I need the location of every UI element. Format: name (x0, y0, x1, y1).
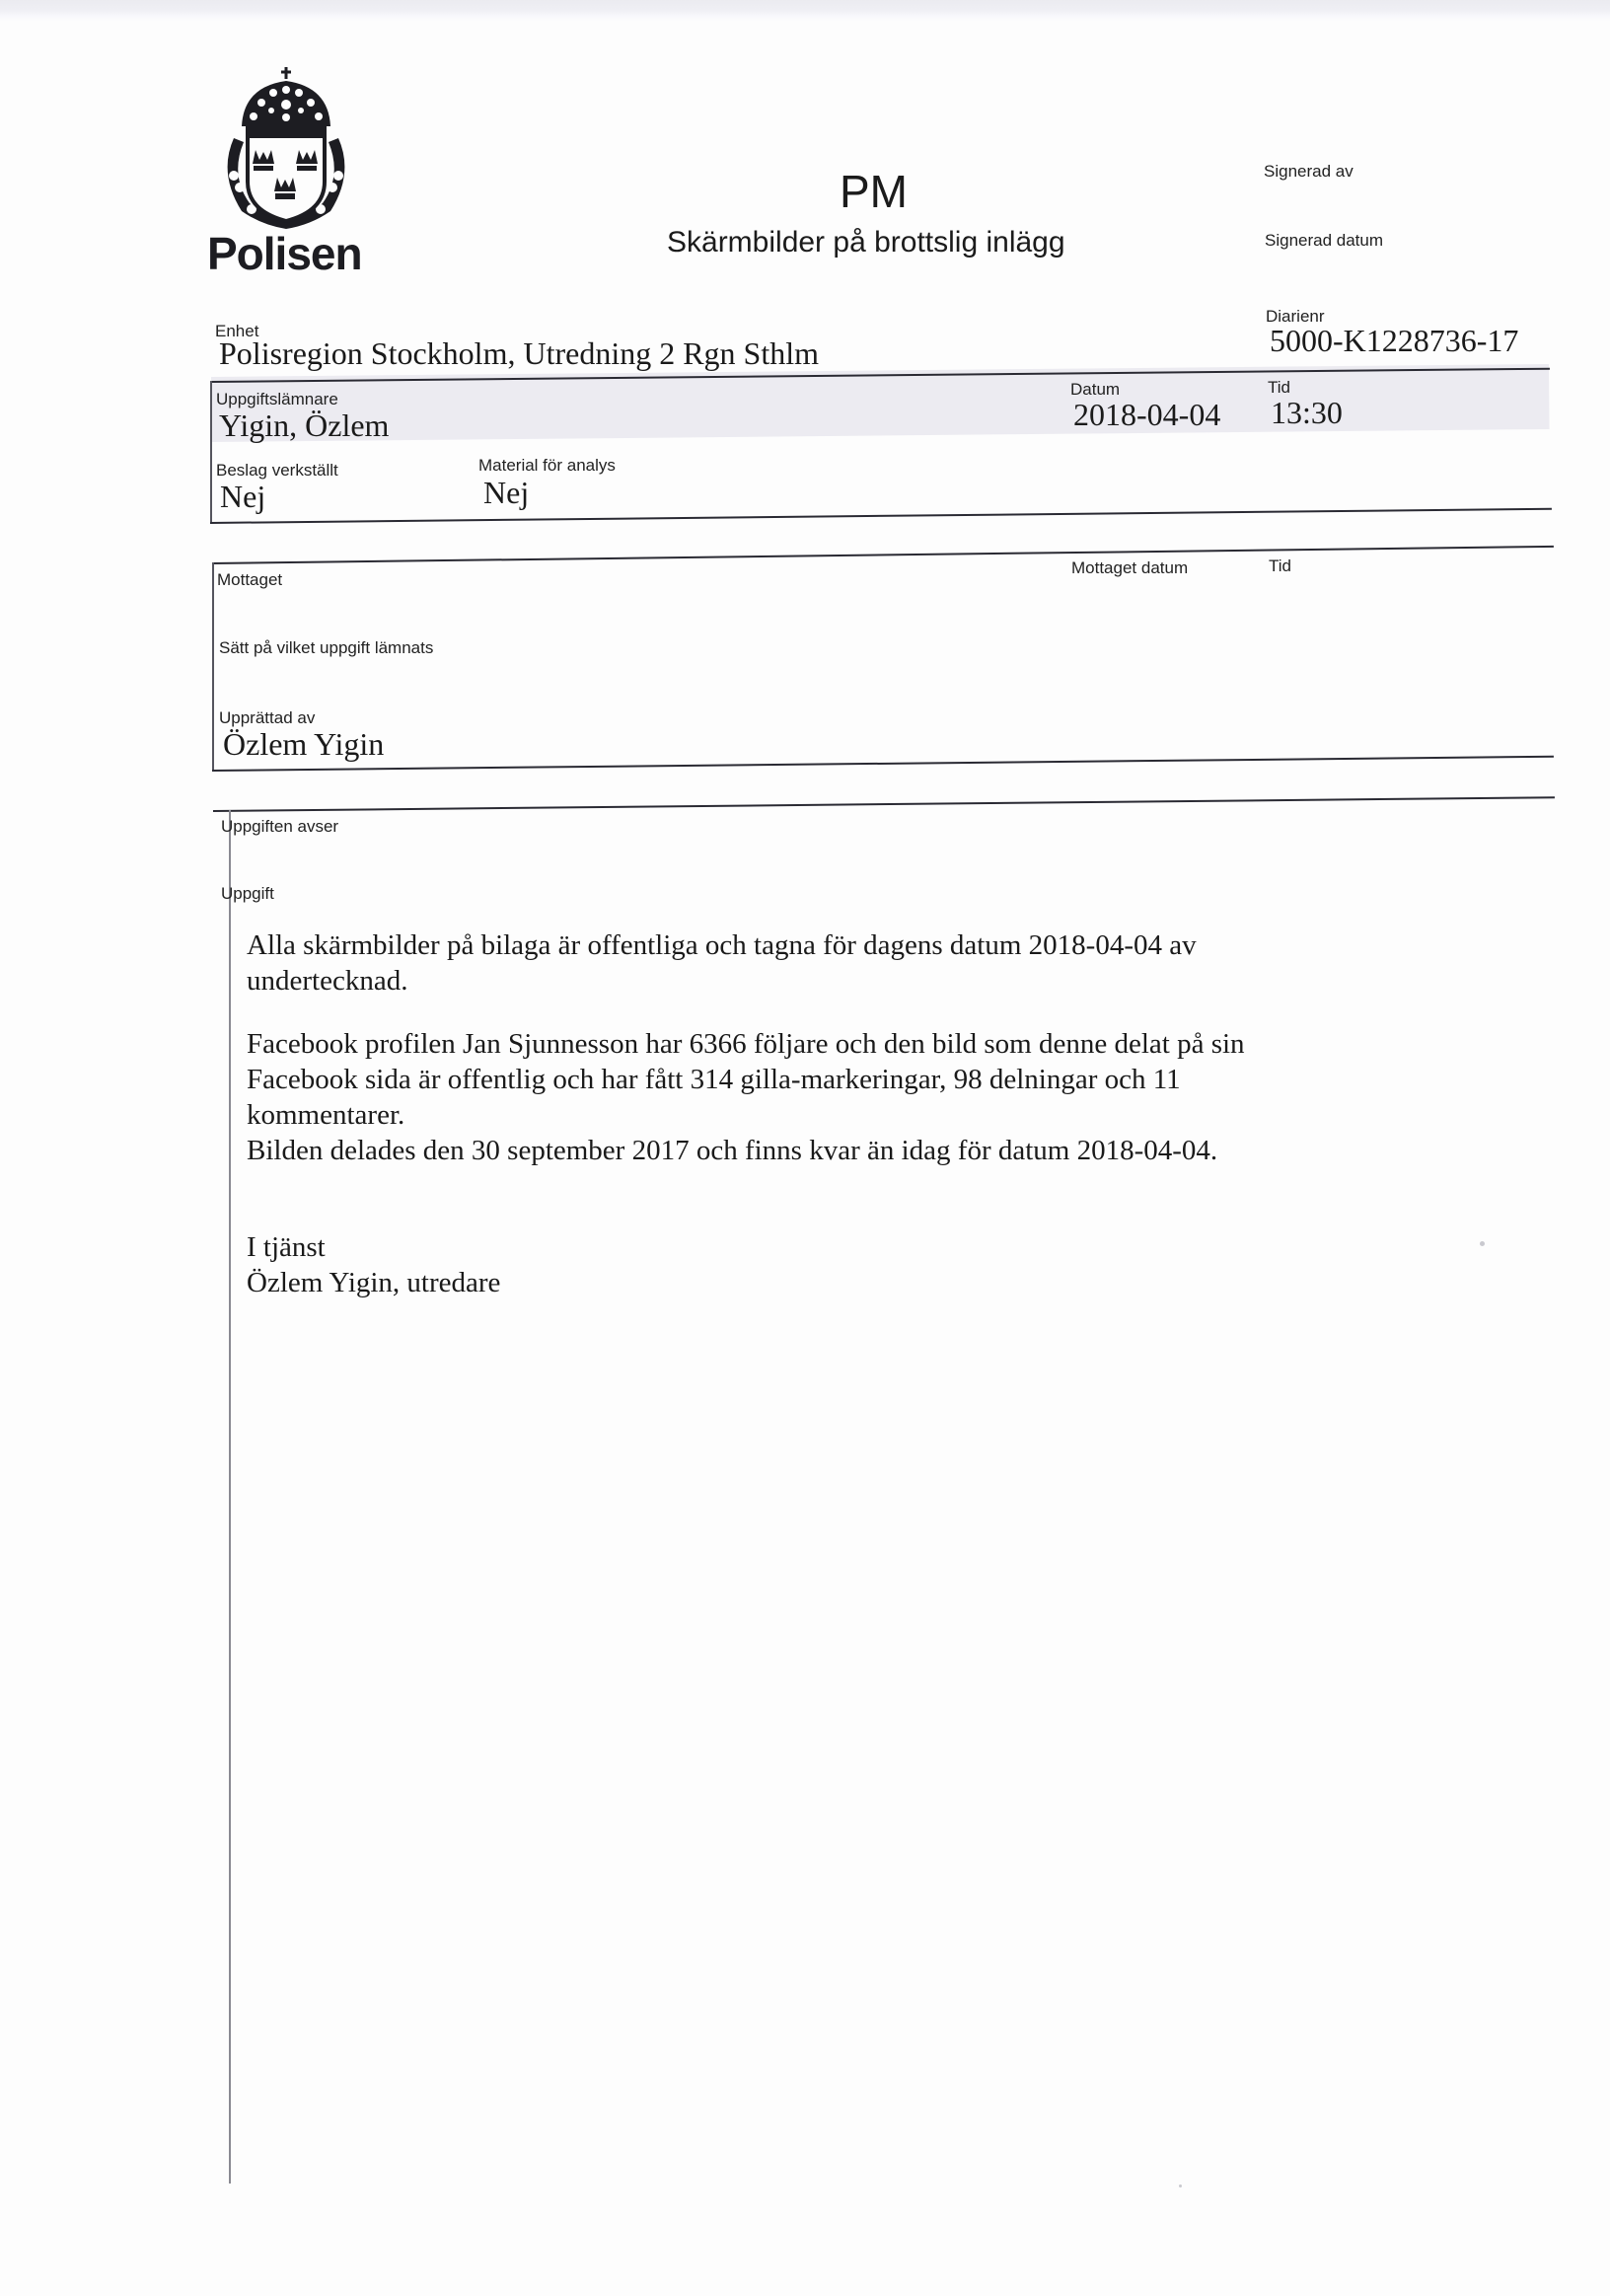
document-type: PM (840, 165, 908, 218)
report-paragraph-1: Alla skärmbilder på bilaga är offentliga… (247, 927, 1352, 999)
box-border (210, 381, 212, 523)
method-label: Sätt på vilket uppgift lämnats (219, 638, 433, 658)
received-label: Mottaget (217, 570, 282, 590)
case-number-value: 5000-K1228736-17 (1270, 323, 1518, 359)
prepared-by-value: Özlem Yigin (223, 726, 384, 763)
divider (210, 508, 1552, 524)
date-value: 2018-04-04 (1073, 397, 1220, 433)
informant-label: Uppgiftslämnare (216, 390, 338, 409)
document-title: Skärmbilder på brottslig inlägg (667, 226, 1065, 259)
received-date-label: Mottaget datum (1071, 558, 1188, 578)
divider (213, 796, 1555, 812)
seizure-value: Nej (220, 479, 265, 515)
signature: Özlem Yigin, utredare (247, 1265, 1352, 1300)
unit-value: Polisregion Stockholm, Utredning 2 Rgn S… (219, 335, 819, 372)
received-time-label: Tid (1269, 556, 1291, 576)
informant-value: Yigin, Özlem (219, 407, 389, 444)
material-label: Material för analys (478, 456, 616, 476)
scan-speck (1480, 1241, 1485, 1246)
material-value: Nej (483, 475, 529, 511)
police-crest-icon (212, 65, 360, 233)
closing: I tjänst (247, 1229, 1352, 1265)
report-paragraph-2: Facebook profilen Jan Sjunnesson har 636… (247, 1026, 1352, 1168)
report-label: Uppgift (221, 884, 274, 904)
divider (212, 756, 1554, 772)
prepared-by-label: Upprättad av (219, 708, 315, 728)
box-border (229, 810, 231, 2184)
signed-by-label: Signerad av (1264, 162, 1354, 182)
scan-speck (1179, 2185, 1182, 2187)
divider (212, 546, 1554, 564)
box-border (212, 562, 214, 770)
scan-edge-shadow (0, 0, 1610, 22)
seizure-label: Beslag verkställt (216, 461, 338, 481)
brand-name: Polisen (207, 227, 362, 280)
time-value: 13:30 (1271, 395, 1343, 431)
signed-date-label: Signerad datum (1265, 231, 1383, 251)
subject-label: Uppgiften avser (221, 817, 338, 837)
